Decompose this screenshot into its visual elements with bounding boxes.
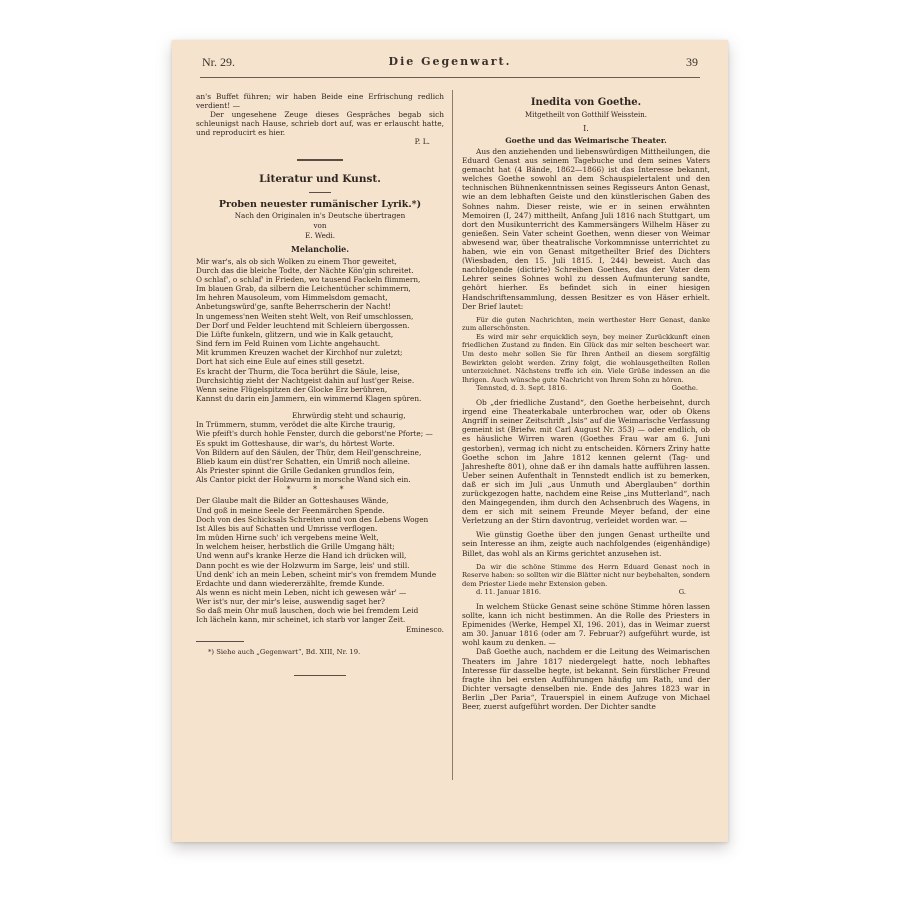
article-title: Inedita von Goethe.: [462, 96, 710, 110]
poem-verse: Der Glaube malt die Bilder an Gotteshaus…: [196, 496, 444, 505]
right-column: Inedita von Goethe. Mitgetheilt von Gott…: [462, 92, 710, 711]
section-stars: * * *: [196, 484, 444, 496]
poem-verse: Mir war's, als ob sich Wolken zu einem T…: [196, 257, 444, 266]
continuation-signature-row: P. L.: [196, 137, 444, 146]
body-paragraph: Ob „der friedliche Zustand“, den Goethe …: [462, 398, 710, 525]
part-number: I.: [462, 123, 710, 135]
poem-verse: Wer ist's nur, der mir's leise, auswendi…: [196, 597, 444, 606]
poet-signature: Eminesco.: [196, 625, 444, 635]
poem-verse: In welchem heiser, herbstlich die Grille…: [196, 542, 444, 551]
body-paragraph: Aus den anziehenden und liebenswürdigen …: [462, 147, 710, 311]
letter-date: d. 11. Januar 1816.: [476, 588, 541, 597]
poem-verse: Dort hat sich eine Eule auf eines still …: [196, 357, 444, 366]
letter-closing: Tennsted, d. 3. Sept. 1816. Goethe.: [462, 384, 710, 393]
section-heading: Goethe und das Weimarische Theater.: [462, 135, 710, 146]
poem-verse: Ehrwürdig steht und schaurig,: [196, 411, 444, 420]
poem-verse: Im müden Hirne such' ich vergebens meine…: [196, 533, 444, 542]
poem-verse: Als Cantor pickt der Holzwurm in morsche…: [196, 475, 444, 484]
section-title: Literatur und Kunst.: [196, 173, 444, 186]
poem-verse: Wie pfeift's durch hohle Fenster, durch …: [196, 429, 444, 438]
poem-verse: Dann pocht es wie der Holzwurm im Sarge,…: [196, 561, 444, 570]
journal-title: Die Gegenwart.: [202, 55, 698, 68]
poem-verse: Die Lüfte funkeln, glitzern, und wie in …: [196, 330, 444, 339]
footnote-rule: [196, 641, 244, 642]
title-divider: [309, 192, 331, 193]
letter-signature: Goethe.: [672, 384, 710, 393]
article-author: Mitgetheilt von Gotthilf Weisstein.: [462, 110, 710, 120]
poem-verse: Mit krummen Kreuzen wachet der Kirchhof …: [196, 348, 444, 357]
poem-verse: Ist Alles bis auf Schatten und Umrisse v…: [196, 524, 444, 533]
poem-verse: O schlaf', o schlaf' in Frieden, wo taus…: [196, 275, 444, 284]
poem-verse: Erdachte und dann wiedererzählte, fremde…: [196, 579, 444, 588]
poem-verse: Durchsichtig zieht der Nachtgeist dahin …: [196, 376, 444, 385]
letter-place-date: Tennsted, d. 3. Sept. 1816.: [476, 384, 567, 393]
poem-verse: In ungemess'nen Weiten steht Welt, von R…: [196, 312, 444, 321]
poem-verse: Von Bildern auf den Säulen, der Thür, de…: [196, 448, 444, 457]
poem-verse: Blieb kaum ein düst'rer Schatten, ein Um…: [196, 457, 444, 466]
poem-stanza-1: Mir war's, als ob sich Wolken zu einem T…: [196, 257, 444, 404]
poem-verse: Kannst du darin ein Jammern, ein wimmern…: [196, 394, 444, 403]
translator-name: E. Wedi.: [196, 231, 444, 241]
section-divider: [297, 159, 343, 161]
poem-verse: Anbetungswürd'ge, sanfte Beherrscherin d…: [196, 302, 444, 311]
poem-stanza-3: Der Glaube malt die Bilder an Gotteshaus…: [196, 496, 444, 624]
poem-title: Melancholie.: [196, 245, 444, 254]
letter-text: Da wir die schöne Stimme des Herrn Eduar…: [462, 563, 710, 589]
footnote: *) Siehe auch „Gegenwart“, Bd. XIII, Nr.…: [196, 648, 444, 657]
poem-verse: Es kracht der Thurm, die Toca berührt di…: [196, 367, 444, 376]
header-rule: [200, 77, 700, 78]
poem-verse: Doch von des Schicksals Schreiten und vo…: [196, 515, 444, 524]
poem-verse: In Trümmern, stumm, verödet die alte Kir…: [196, 420, 444, 429]
continuation-paragraph: an's Buffet führen; wir haben Beide eine…: [196, 92, 444, 110]
poem-verse: Der Dorf und Felder leuchtend mit Schlei…: [196, 321, 444, 330]
continuation-signature: P. L.: [415, 137, 444, 146]
continuation-paragraph: Der ungesehene Zeuge dieses Gespräches b…: [196, 110, 444, 137]
left-column: an's Buffet führen; wir haben Beide eine…: [196, 92, 444, 676]
poem-verse: Sind fern im Feld Ruinen vom Lichte ange…: [196, 339, 444, 348]
newspaper-page: Nr. 29. Die Gegenwart. 39 an's Buffet fü…: [172, 40, 728, 842]
poem-verse: So daß mein Ohr muß lauschen, doch wie b…: [196, 606, 444, 615]
poem-verse: Und goß in meine Seele der Feenmärchen S…: [196, 506, 444, 515]
letter-signature: G.: [679, 588, 710, 597]
body-paragraph: Daß Goethe auch, nachdem er die Leitung …: [462, 647, 710, 711]
body-paragraph: Wie günstig Goethe über den jungen Genas…: [462, 530, 710, 557]
end-rule: [294, 675, 346, 676]
letter-text: Für die guten Nachrichten, mein werthest…: [462, 316, 710, 333]
article-subtitle: Nach den Originalen in's Deutsche übertr…: [196, 211, 444, 221]
letter-closing: d. 11. Januar 1816. G.: [462, 588, 710, 597]
running-head: Nr. 29. Die Gegenwart. 39: [202, 55, 698, 73]
poem-verse: Und denk' ich an mein Leben, scheint mir…: [196, 570, 444, 579]
poem-verse: Durch das die bleiche Todte, der Nächte …: [196, 266, 444, 275]
poem-verse: Ich lächeln kann, mir scheinet, ich star…: [196, 615, 444, 624]
poem-verse: Als Priester spinnt die Grille Gedanken …: [196, 466, 444, 475]
poem-stanza-2: In Trümmern, stumm, verödet die alte Kir…: [196, 420, 444, 484]
column-rule: [452, 90, 453, 780]
body-paragraph: In welchem Stücke Genast seine schöne St…: [462, 602, 710, 647]
letter-text: Es wird mir sehr erquicklich seyn, bey m…: [462, 333, 710, 385]
poem-verse: Im hehren Mausoleum, vom Himmelsdom gema…: [196, 293, 444, 302]
poem-verse: Es spukt im Gotteshause, dir war's, du h…: [196, 439, 444, 448]
article-title: Proben neuester rumänischer Lyrik.*): [196, 199, 444, 211]
poem-verse: Im blauen Grab, da silbern die Leichentü…: [196, 284, 444, 293]
poem-verse: Als wenn es nicht mein Leben, nicht ich …: [196, 588, 444, 597]
poem-verse: Und wenn auf's kranke Herze die Hand ich…: [196, 551, 444, 560]
page-number: 39: [686, 55, 698, 70]
article-by: von: [196, 221, 444, 231]
poem-verse: Wenn seine Flügelspitzen der Glocke Erz …: [196, 385, 444, 394]
